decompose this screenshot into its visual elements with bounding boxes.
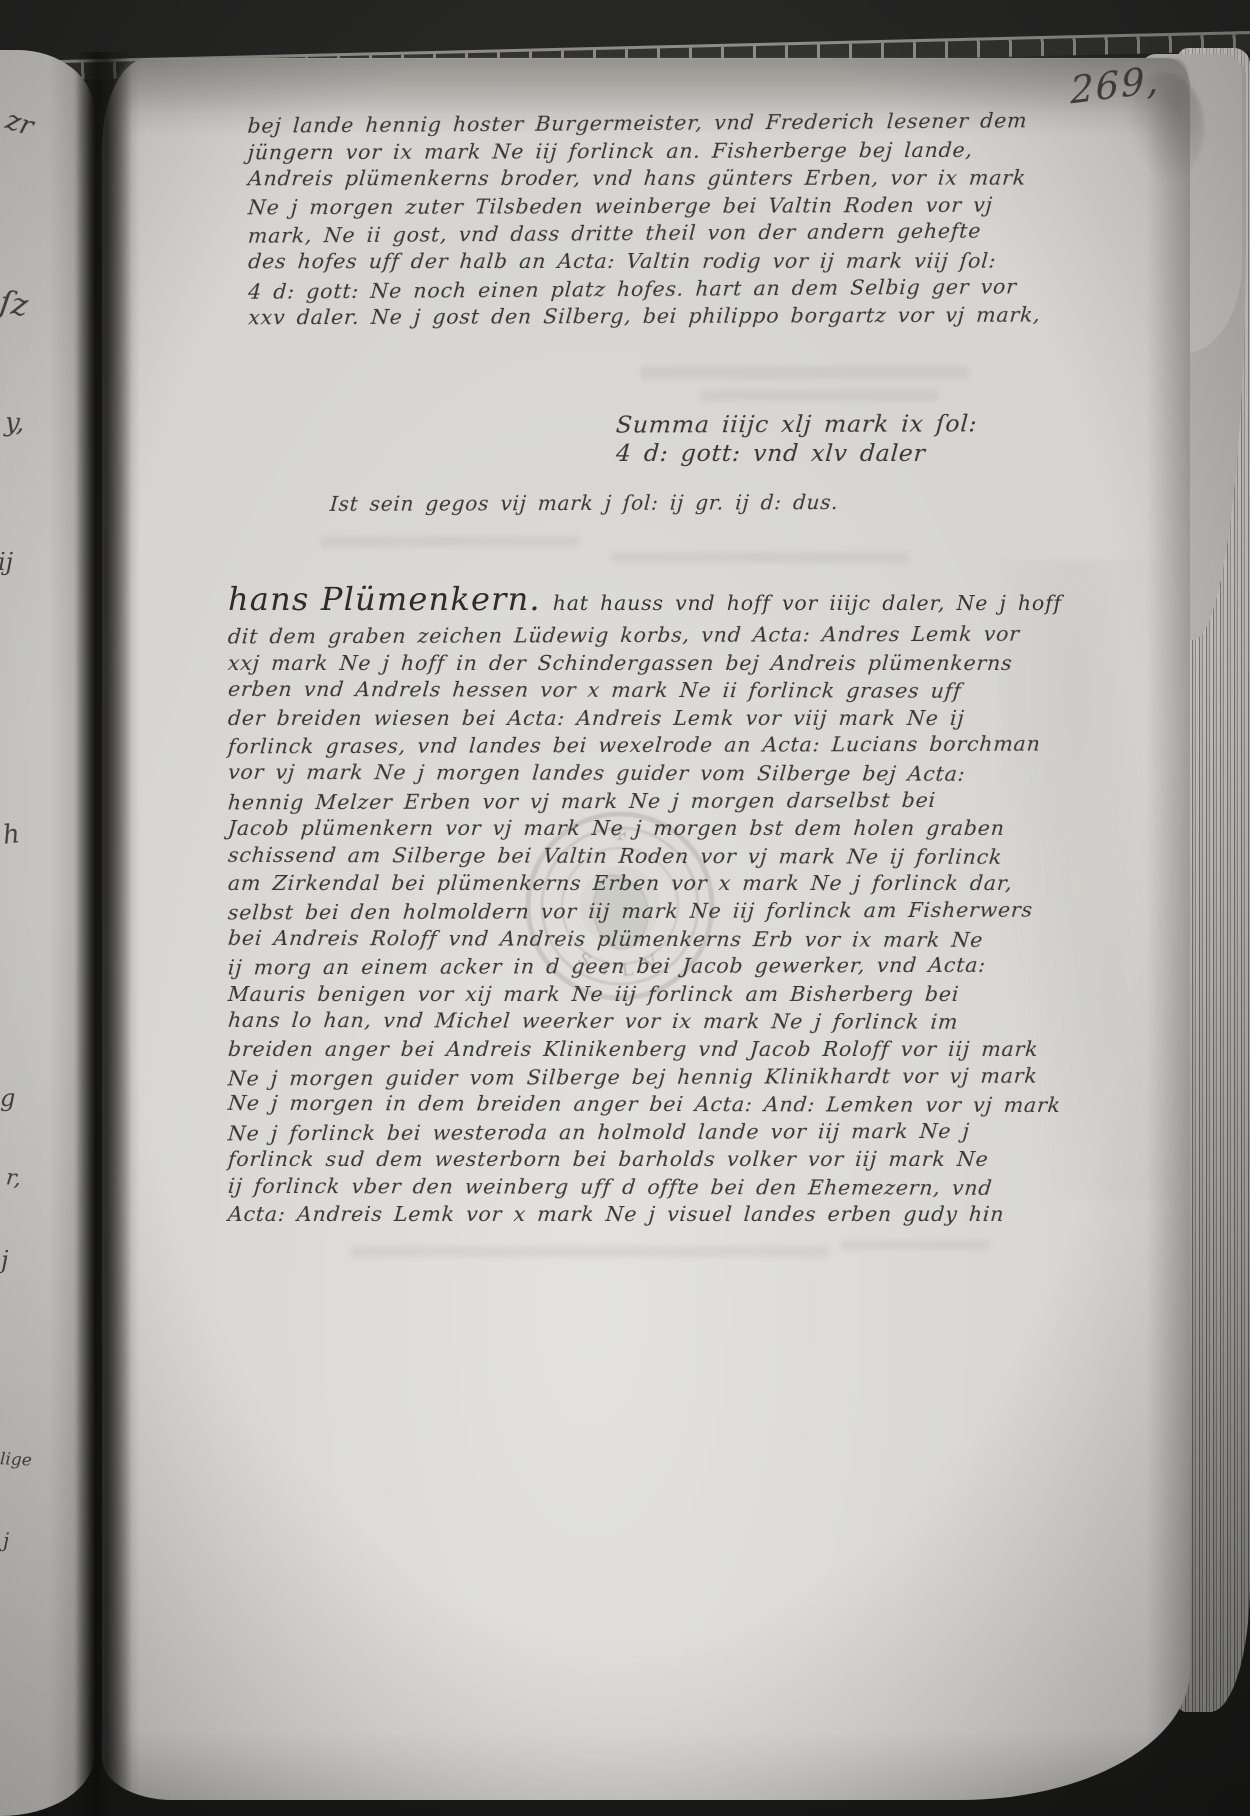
manuscript-line: bei Andreis Roloff vnd Andreis plümenker… bbox=[227, 924, 1062, 954]
manuscript-line: xxv daler. Ne j gost den Silberg, bei ph… bbox=[247, 302, 1041, 332]
manuscript-line: Mauris benigen vor xij mark Ne iij forli… bbox=[227, 981, 1062, 1009]
ink-bleed bbox=[700, 390, 940, 401]
summa-total-block: Summa iiijc xlj mark ix ſol:4 d: gott: v… bbox=[616, 410, 977, 468]
ink-bleed bbox=[840, 1240, 990, 1250]
manuscript-line: 4 d: gott: Ne noch einen platz hofes. ha… bbox=[247, 273, 1041, 306]
heading-continuation: hat hauss vnd hoff vor iiijc daler, Ne j… bbox=[553, 591, 1062, 615]
manuscript-line: forlinck grases, vnd landes bei wexelrod… bbox=[227, 731, 1062, 762]
manuscript-scan: zrſzy,ijhgr,jligej ✠ S I L V 269, bej la… bbox=[0, 0, 1250, 1816]
manuscript-line: breiden anger bei Andreis Klinikenberg v… bbox=[227, 1036, 1062, 1064]
manuscript-line: ij forlinck vber den weinberg uff d offt… bbox=[227, 1173, 1062, 1203]
manuscript-line: des hofes uff der halb an Acta: Valtin r… bbox=[247, 248, 1041, 276]
manuscript-line: Ne j morgen guider vom Silberge bej henn… bbox=[227, 1062, 1062, 1093]
manuscript-line: Ne j forlinck bei westeroda an holmold l… bbox=[227, 1117, 1062, 1148]
manuscript-line: Ne j morgen in dem breiden anger bei Act… bbox=[227, 1090, 1062, 1120]
manuscript-line: ij morg an einem acker in d geen bei Jac… bbox=[227, 952, 1062, 983]
manuscript-line: am Zirkendal bei plümenkerns Erben vor x… bbox=[227, 870, 1062, 898]
manuscript-line: 4 d: gott: vnd xlv daler bbox=[615, 439, 978, 468]
person-name-heading: hans Plümenkern. bbox=[228, 580, 541, 618]
manuscript-line: j bbox=[1, 1246, 8, 1274]
manuscript-line: Summa iiijc xlj mark ix ſol: bbox=[615, 409, 978, 439]
manuscript-line: j bbox=[3, 1528, 9, 1552]
manuscript-line: hennig Melzer Erben vor vj mark Ne j mor… bbox=[227, 786, 1062, 817]
manuscript-line: h bbox=[1, 819, 21, 851]
manuscript-line: jüngern vor ix mark Ne iij forlinck an. … bbox=[247, 136, 1041, 166]
manuscript-line: selbst bei den holmoldern vor iij mark N… bbox=[227, 896, 1062, 927]
ink-bleed bbox=[320, 536, 580, 547]
manuscript-line: mark, Ne ii gost, vnd dass dritte theil … bbox=[247, 218, 1041, 251]
manuscript-line: lige bbox=[0, 1449, 32, 1471]
manuscript-line: ij bbox=[0, 548, 13, 576]
manuscript-line: bej lande hennig hoster Burgermeister, v… bbox=[247, 107, 1041, 140]
manuscript-line: erben vnd Andrels hessen vor x mark Ne i… bbox=[227, 676, 1062, 706]
manuscript-line: y, bbox=[4, 407, 26, 438]
ink-bleed bbox=[640, 366, 970, 379]
facing-page-ink-fragments: zrſzy,ijhgr,jligej bbox=[0, 0, 94, 1816]
interline-note: Ist sein gegos vij mark j ſol: ij gr. ij… bbox=[330, 490, 838, 518]
manuscript-line: der breiden wiesen bei Acta: Andreis Lem… bbox=[227, 705, 1062, 733]
manuscript-line: dit dem graben zeichen Lüdewig korbs, vn… bbox=[227, 621, 1062, 652]
manuscript-line: forlinck sud dem westerborn bei barholds… bbox=[227, 1146, 1062, 1174]
entry-text-block: bej lande hennig hoster Burgermeister, v… bbox=[248, 109, 1041, 333]
manuscript-line: schissend am Silberge bei Valtin Roden v… bbox=[227, 842, 1062, 872]
manuscript-line: r, bbox=[5, 1165, 23, 1191]
manuscript-line: g bbox=[0, 1084, 15, 1112]
manuscript-line: zr bbox=[2, 105, 37, 142]
entry-text-block: dit dem graben zeichen Lüdewig korbs, vn… bbox=[228, 622, 1061, 1229]
ink-bleed bbox=[610, 552, 910, 563]
page-top-soiling bbox=[110, 58, 1188, 113]
entry-heading-line: hans Plümenkern.hat hauss vnd hoff vor i… bbox=[228, 580, 1062, 618]
ink-bleed bbox=[350, 1246, 830, 1257]
manuscript-line: xxj mark Ne j hoff in der Schindergassen… bbox=[227, 650, 1062, 678]
manuscript-line: hans lo han, vnd Michel weerker vor ix m… bbox=[227, 1007, 1062, 1037]
manuscript-line: Jacob plümenkern vor vj mark Ne j morgen… bbox=[227, 815, 1062, 843]
manuscript-line: vor vj mark Ne j morgen landes guider vo… bbox=[227, 759, 1062, 789]
manuscript-line: ſz bbox=[0, 284, 30, 324]
manuscript-line: Acta: Andreis Lemk vor x mark Ne j visue… bbox=[227, 1201, 1062, 1229]
manuscript-line: Ist sein gegos vij mark j ſol: ij gr. ij… bbox=[329, 489, 839, 518]
manuscript-line: Andreis plümenkerns broder, vnd hans gün… bbox=[247, 165, 1041, 193]
